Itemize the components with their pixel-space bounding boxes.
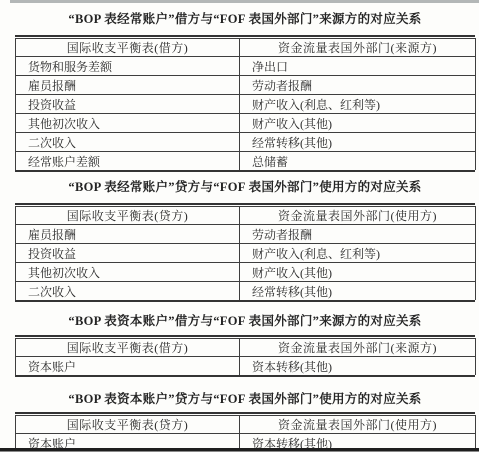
bop-item-cell: 雇员报酬 — [16, 225, 240, 244]
fof-item-cell: 劳动者报酬 — [240, 76, 476, 95]
fof-item-cell: 财产收入(利息、红利等) — [240, 95, 476, 114]
page-content: “BOP 表经常账户”借方与“FOF 表国外部门”来源方的对应关系 国际收支平衡… — [15, 0, 475, 452]
section-current-account-credit: “BOP 表经常账户”贷方与“FOF 表国外部门”使用方的对应关系 国际收支平衡… — [15, 180, 475, 302]
table-row: 二次收入 经常转移(其他) — [16, 282, 476, 301]
table-header-row: 国际收支平衡表(贷方) 资金流量表国外部门(使用方) — [16, 207, 476, 225]
section-title: “BOP 表经常账户”借方与“FOF 表国外部门”来源方的对应关系 — [15, 12, 475, 26]
correspondence-table: 国际收支平衡表(借方) 资金流量表国外部门(来源方) 资本账户 资本转移(其他) — [15, 335, 475, 377]
bop-item-cell: 货物和服务差额 — [16, 57, 240, 76]
bop-item-cell: 其他初次收入 — [16, 263, 240, 282]
column-header-bop: 国际收支平衡表(贷方) — [16, 207, 240, 225]
table-row: 其他初次收入 财产收入(其他) — [16, 114, 476, 133]
column-header-fof: 资金流量表国外部门(来源方) — [240, 39, 476, 57]
bop-item-cell: 投资收益 — [16, 95, 240, 114]
fof-item-cell: 资本转移(其他) — [240, 357, 476, 376]
fof-item-cell: 财产收入(其他) — [240, 114, 476, 133]
bop-item-cell: 经常账户差额 — [16, 152, 240, 171]
fof-item-cell: 劳动者报酬 — [240, 225, 476, 244]
table-row: 其他初次收入 财产收入(其他) — [16, 263, 476, 282]
column-header-fof: 资金流量表国外部门(使用方) — [240, 416, 476, 434]
correspondence-table: 国际收支平衡表(贷方) 资金流量表国外部门(使用方) 雇员报酬 劳动者报酬 投资… — [15, 203, 475, 302]
column-header-fof: 资金流量表国外部门(使用方) — [240, 207, 476, 225]
table-header-row: 国际收支平衡表(贷方) 资金流量表国外部门(使用方) — [16, 416, 476, 434]
column-header-bop: 国际收支平衡表(借方) — [16, 39, 240, 57]
fof-item-cell: 财产收入(其他) — [240, 263, 476, 282]
column-header-bop: 国际收支平衡表(贷方) — [16, 416, 240, 434]
table-row: 投资收益 财产收入(利息、红利等) — [16, 244, 476, 263]
table-row: 货物和服务差额 净出口 — [16, 57, 476, 76]
table-row: 经常账户差额 总储蓄 — [16, 152, 476, 171]
bop-item-cell: 投资收益 — [16, 244, 240, 263]
section-current-account-debit: “BOP 表经常账户”借方与“FOF 表国外部门”来源方的对应关系 国际收支平衡… — [15, 12, 475, 172]
column-header-fof: 资金流量表国外部门(来源方) — [240, 339, 476, 357]
section-title: “BOP 表资本账户”贷方与“FOF 表国外部门”使用方的对应关系 — [15, 392, 475, 406]
scan-edge-bottom — [0, 448, 479, 451]
bop-item-cell: 资本账户 — [16, 357, 240, 376]
fof-item-cell: 财产收入(利息、红利等) — [240, 244, 476, 263]
fof-item-cell: 净出口 — [240, 57, 476, 76]
column-header-bop: 国际收支平衡表(借方) — [16, 339, 240, 357]
bop-item-cell: 雇员报酬 — [16, 76, 240, 95]
section-capital-account-debit: “BOP 表资本账户”借方与“FOF 表国外部门”来源方的对应关系 国际收支平衡… — [15, 314, 475, 377]
table-row: 雇员报酬 劳动者报酬 — [16, 76, 476, 95]
correspondence-table: 国际收支平衡表(贷方) 资金流量表国外部门(使用方) 资本账户 资本转移(其他) — [15, 412, 475, 452]
section-capital-account-credit: “BOP 表资本账户”贷方与“FOF 表国外部门”使用方的对应关系 国际收支平衡… — [15, 392, 475, 452]
table-header-row: 国际收支平衡表(借方) 资金流量表国外部门(来源方) — [16, 39, 476, 57]
fof-item-cell: 经常转移(其他) — [240, 133, 476, 152]
section-title: “BOP 表资本账户”借方与“FOF 表国外部门”来源方的对应关系 — [15, 314, 475, 328]
bop-item-cell: 二次收入 — [16, 133, 240, 152]
bop-item-cell: 其他初次收入 — [16, 114, 240, 133]
table-row: 二次收入 经常转移(其他) — [16, 133, 476, 152]
table-row: 资本账户 资本转移(其他) — [16, 357, 476, 376]
table-header-row: 国际收支平衡表(借方) 资金流量表国外部门(来源方) — [16, 339, 476, 357]
fof-item-cell: 经常转移(其他) — [240, 282, 476, 301]
bop-item-cell: 二次收入 — [16, 282, 240, 301]
fof-item-cell: 总储蓄 — [240, 152, 476, 171]
section-title: “BOP 表经常账户”贷方与“FOF 表国外部门”使用方的对应关系 — [15, 180, 475, 194]
table-row: 雇员报酬 劳动者报酬 — [16, 225, 476, 244]
table-row: 投资收益 财产收入(利息、红利等) — [16, 95, 476, 114]
correspondence-table: 国际收支平衡表(借方) 资金流量表国外部门(来源方) 货物和服务差额 净出口 雇… — [15, 35, 475, 172]
